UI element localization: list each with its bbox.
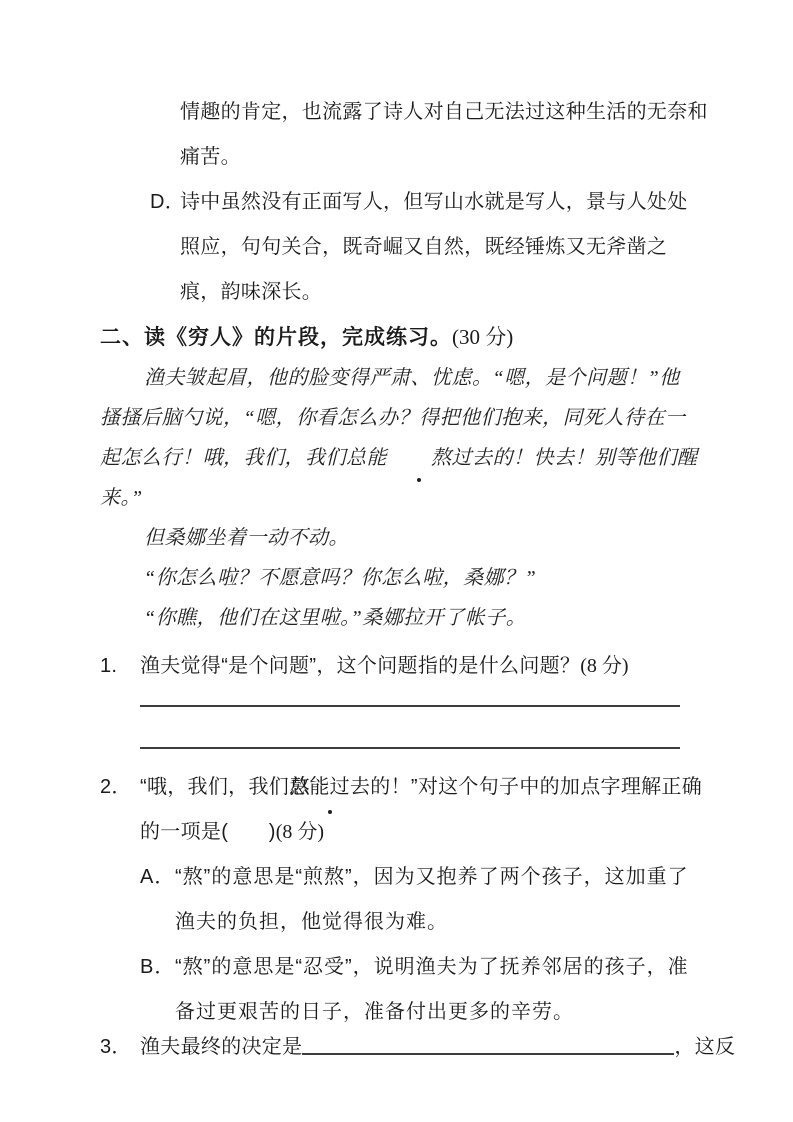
- question-1-text: 渔夫觉得“是个问题”，这个问题指的是什么问题？: [140, 655, 580, 677]
- section-heading: 二、读《穷人》的片段，完成练习。(30 分): [100, 317, 705, 358]
- section-heading-text: 二、读《穷人》的片段，完成练习。: [100, 326, 452, 349]
- passage-paragraph-1: 渔夫皱起眉，他的脸变得严肃、忧虑。“嗯，是个问题！”他搔搔后脑勺说，“嗯，你看怎…: [100, 358, 700, 518]
- choice-b-label: B．: [140, 945, 175, 990]
- inline-answer-blank: [302, 1033, 674, 1055]
- document-page: 情趣的肯定，也流露了诗人对自己无法过这种生活的无奈和痛苦。 D．诗中虽然没有正面…: [0, 0, 793, 1122]
- choice-a: A．“熬”的意思是“煎熬”，因为又抱养了两个孩子，这加重了渔夫的负担，他觉得很为…: [140, 855, 705, 945]
- choice-a-label: A．: [140, 855, 175, 900]
- question-2-score: (8 分): [276, 821, 324, 843]
- choice-b-text: “熬”的意思是“忍受”，说明渔夫为了抚养邻居的孩子，准备过更艰苦的日子，准备付出…: [175, 956, 689, 1023]
- option-d: D．诗中虽然没有正面写人，但写山水就是写人，景与人处处照应，句句关合，既奇崛又自…: [150, 180, 704, 315]
- choice-a-text: “熬”的意思是“煎熬”，因为又抱养了两个孩子，这加重了渔夫的负担，他觉得很为难。: [175, 866, 689, 933]
- section-score: (30 分): [452, 325, 513, 349]
- passage-paragraph-4: “你瞧，他们在这里啦。”桑娜拉开了帐子。: [100, 598, 700, 638]
- question-1-number: 1.: [100, 644, 140, 689]
- answer-line-2: [140, 707, 680, 749]
- passage-paragraph-2: 但桑娜坐着一动不动。: [100, 518, 700, 558]
- question-3: 3．渔夫最终的决定是，这反: [100, 1025, 745, 1070]
- question-2: 2．“哦，我们，我们总能熬过去的！”对这个句子中的加点字理解正确的一项是( )(…: [100, 765, 712, 855]
- option-c-continuation: 情趣的肯定，也流露了诗人对自己无法过这种生活的无奈和痛苦。: [180, 90, 708, 180]
- page-content: 情趣的肯定，也流露了诗人对自己无法过这种生活的无奈和痛苦。 D．诗中虽然没有正面…: [100, 90, 705, 1070]
- option-d-label: D．: [150, 180, 180, 225]
- question-3-text-after: ，这反: [674, 1036, 735, 1058]
- question-1: 1.渔夫觉得“是个问题”，这个问题指的是什么问题？(8 分): [100, 644, 705, 689]
- reading-passage: 渔夫皱起眉，他的脸变得严肃、忧虑。“嗯，是个问题！”他搔搔后脑勺说，“嗯，你看怎…: [100, 358, 700, 638]
- emphasis-dot-char: 熬: [387, 438, 452, 478]
- question-1-score: (8 分): [580, 655, 628, 677]
- option-d-text: 诗中虽然没有正面写人，但写山水就是写人，景与人处处照应，句句关合，既奇崛又自然，…: [180, 191, 688, 303]
- answer-line-1: [140, 689, 680, 707]
- question-3-text-before: 渔夫最终的决定是: [140, 1036, 302, 1058]
- question-3-number: 3．: [100, 1025, 140, 1070]
- choice-b: B．“熬”的意思是“忍受”，说明渔夫为了抚养邻居的孩子，准备过更艰苦的日子，准备…: [140, 945, 705, 1035]
- passage-paragraph-3: “你怎么啦？不愿意吗？你怎么啦，桑娜？”: [100, 558, 700, 598]
- question-2-number: 2．: [100, 765, 140, 810]
